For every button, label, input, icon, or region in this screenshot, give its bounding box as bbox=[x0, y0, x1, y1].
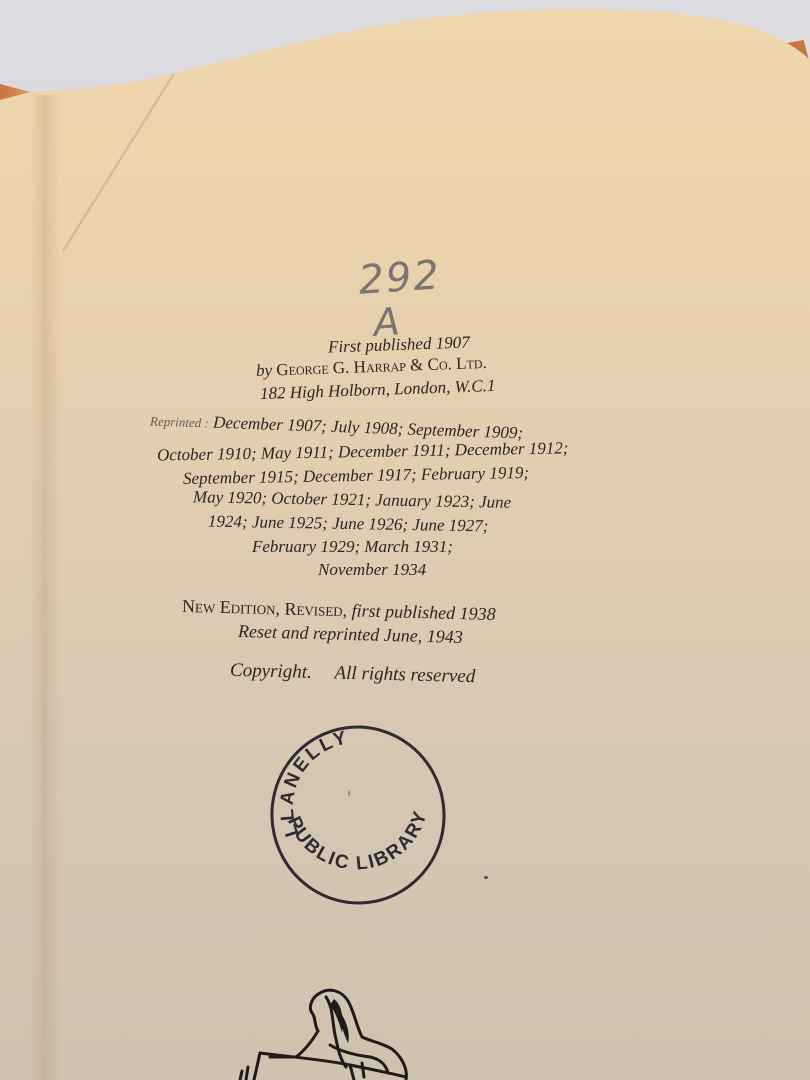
publisher-name: George G. Harrap & Co. Ltd. bbox=[276, 353, 487, 379]
reprints-line-6: February 1929; March 1931; bbox=[252, 538, 453, 555]
reprints-line-4: May 1920; October 1921; January 1923; Ju… bbox=[193, 488, 511, 511]
first-published-line: First published 1907 bbox=[328, 334, 470, 356]
publisher-line: by George G. Harrap & Co. Ltd. bbox=[256, 354, 487, 379]
lion-logo-icon bbox=[230, 985, 420, 1080]
book-page: 292 A First published 1907 by George G. … bbox=[0, 0, 810, 1080]
reprint-dates: December 1907; July 1908; September 1909… bbox=[213, 413, 524, 443]
reprints-line-3: September 1915; December 1917; February … bbox=[183, 464, 529, 487]
ink-speck bbox=[348, 790, 350, 796]
pencil-number: 292 bbox=[357, 252, 442, 304]
reprinted-label: Reprinted : bbox=[150, 413, 209, 430]
copyright-word: Copyright. bbox=[230, 660, 312, 683]
new-edition-label: New Edition, Revised, bbox=[182, 596, 348, 620]
new-edition-line: New Edition, Revised, first published 19… bbox=[182, 597, 496, 623]
stamp-bottom-text: PUBLIC LIBRARY bbox=[283, 807, 432, 874]
reprints-line-2: October 1910; May 1911; December 1911; D… bbox=[157, 439, 569, 463]
reprints-line-1: Reprinted : December 1907; July 1908; Se… bbox=[150, 411, 524, 441]
library-stamp: LLANELLY PUBLIC LIBRARY bbox=[266, 722, 452, 908]
pencil-shelfmark: 292 A bbox=[357, 255, 445, 343]
page-gutter-shadow bbox=[30, 95, 60, 1080]
rights-reserved: All rights reserved bbox=[334, 663, 475, 688]
ink-speck bbox=[484, 876, 488, 879]
new-edition-date: first published 1938 bbox=[351, 600, 495, 624]
reprints-line-7: November 1934 bbox=[318, 561, 426, 578]
reset-line: Reset and reprinted June, 1943 bbox=[238, 622, 463, 646]
publisher-by: by bbox=[256, 360, 273, 380]
copyright-line: Copyright. All rights reserved bbox=[230, 661, 476, 686]
reprints-line-5: 1924; June 1925; June 1926; June 1927; bbox=[208, 513, 489, 535]
svg-text:PUBLIC LIBRARY: PUBLIC LIBRARY bbox=[283, 807, 432, 874]
publisher-address: 182 High Holborn, London, W.C.1 bbox=[260, 377, 496, 402]
